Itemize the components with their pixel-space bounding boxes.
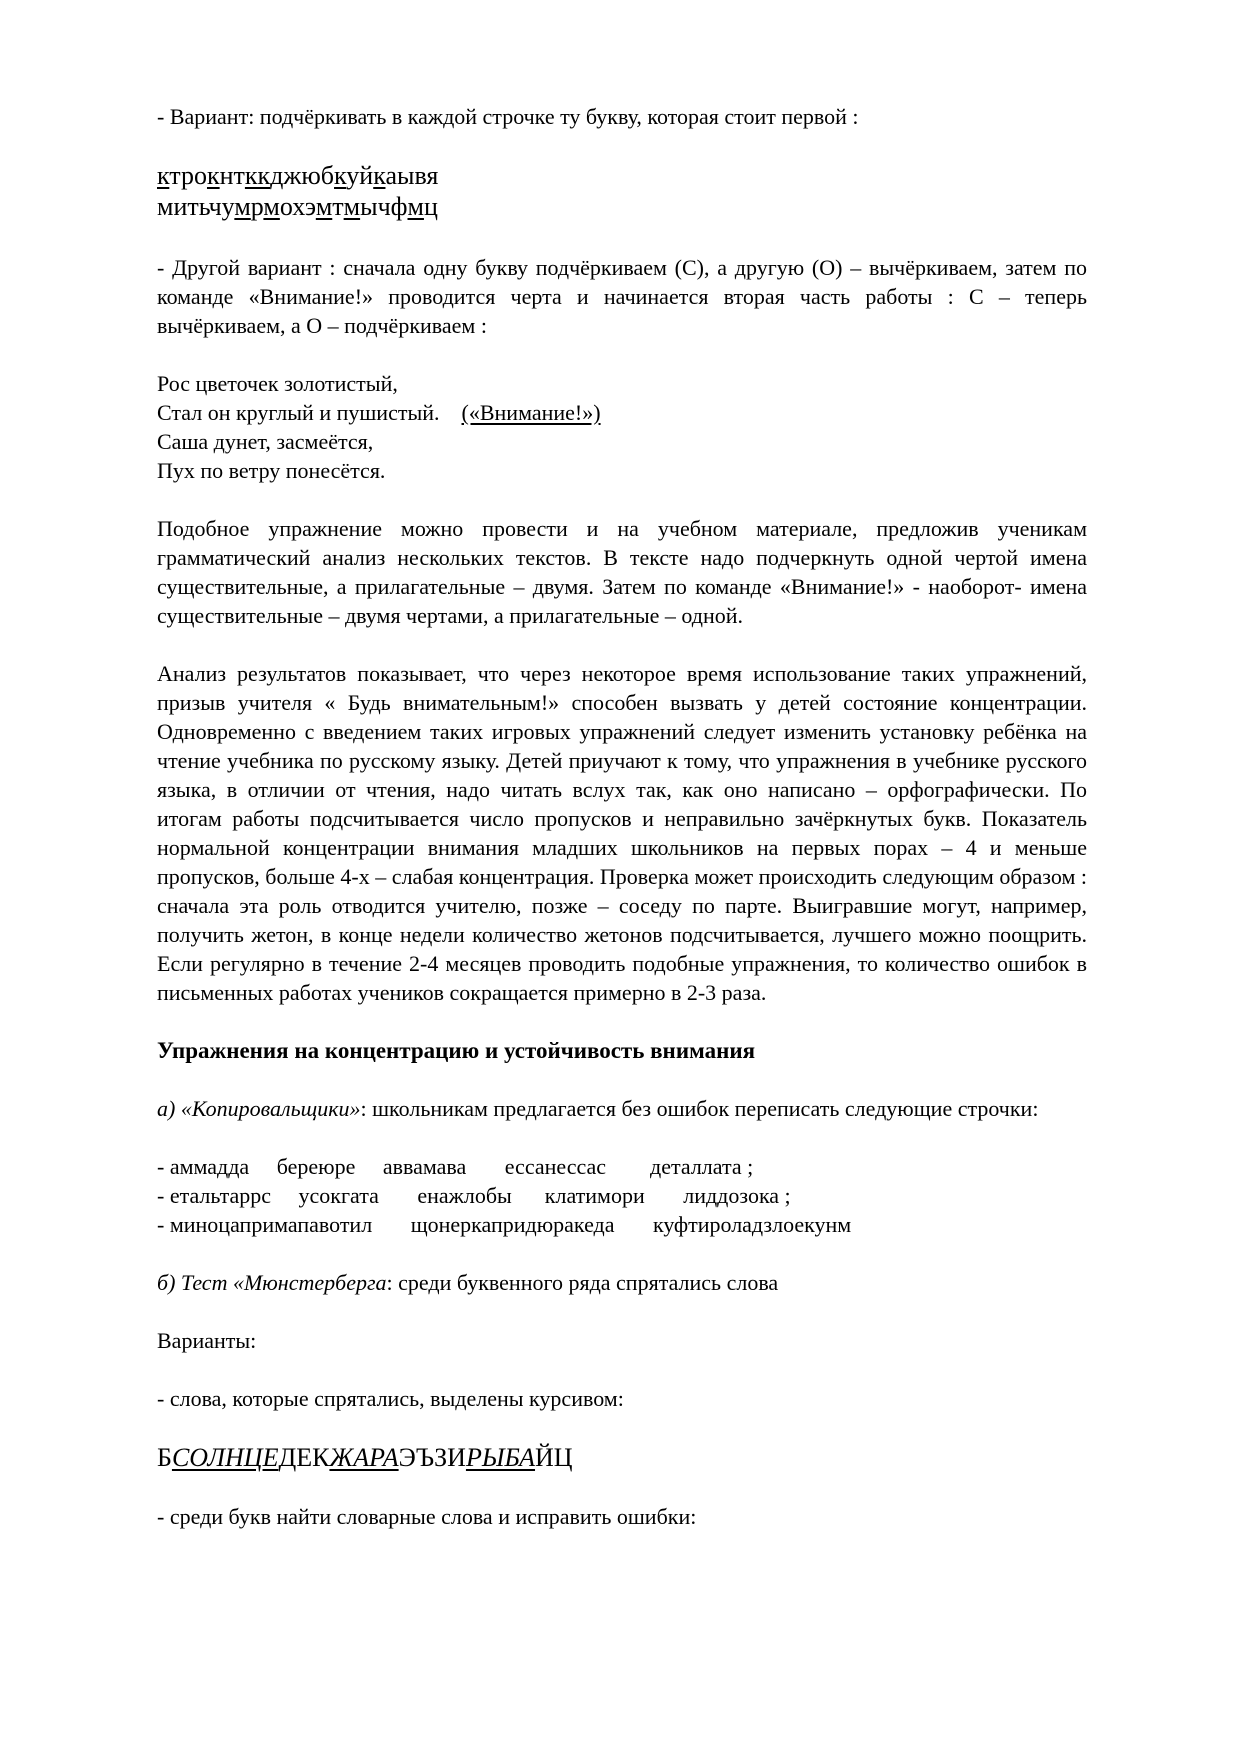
letter-row-k: ктрокнтккджюбкуйкаывя (157, 160, 1087, 191)
text-segment: т (332, 192, 343, 221)
similar-exercise-paragraph: Подобное упражнение можно провести и на … (157, 514, 1087, 630)
copyists-paragraph: а) «Копировальщики»: школьникам предлага… (157, 1094, 1087, 1123)
text-segment: м (316, 192, 332, 221)
hidden-words-string: БСОЛНЦЕДЕКЖАРАЭЪЗИРЫБАЙЦ (157, 1442, 1087, 1473)
text-segment: м (234, 192, 250, 221)
poem: Рос цветочек золотистый, Стал он круглый… (157, 369, 1087, 485)
poem-line-2: Стал он круглый и пушистый. («Внимание!»… (157, 398, 1087, 427)
document-content: - Вариант: подчёркивать в каждой строчке… (0, 0, 1240, 1531)
text-segment: : среди буквенного ряда спрятались слова (387, 1270, 779, 1295)
text-segment: : школьникам предлагается без ошибок пер… (361, 1096, 1039, 1121)
text-segment: кк (245, 161, 270, 190)
text-segment: ф (391, 192, 408, 221)
text-segment: («Внимание!») (462, 400, 601, 425)
copy-row-2: - етальтаррс усокгата енажлобы клатимори… (157, 1181, 1087, 1210)
other-variant-paragraph: - Другой вариант : сначала одну букву по… (157, 253, 1087, 340)
text-segment: к (334, 161, 346, 190)
text-segment: к (157, 161, 169, 190)
poem-line-1: Рос цветочек золотистый, (157, 369, 1087, 398)
poem-line-4: Пух по ветру понесётся. (157, 456, 1087, 485)
text-segment: б) Тест «Мюнстерберга (157, 1270, 387, 1295)
variants-label: Варианты: (157, 1326, 1087, 1355)
text-segment: Стал он круглый и пушистый. (157, 400, 462, 425)
text-segment: охэ (280, 192, 316, 221)
text-segment: м (408, 192, 424, 221)
section-heading: Упражнения на концентрацию и устойчивост… (157, 1036, 1087, 1065)
text-segment: тро (169, 161, 207, 190)
text-segment: ЖАРА (329, 1443, 398, 1472)
analysis-paragraph: Анализ результатов показывает, что через… (157, 659, 1087, 1007)
text-segment: к (207, 161, 220, 190)
text-segment: м (344, 192, 360, 221)
text-segment: митьчу (157, 192, 234, 221)
text-segment: ЙЦ (535, 1443, 573, 1472)
copy-row-1: - аммадда береюре аввамава ессанессас де… (157, 1152, 1087, 1181)
copy-rows: - аммадда береюре аввамава ессанессас де… (157, 1152, 1087, 1239)
dictionary-words-note: - среди букв найти словарные слова и исп… (157, 1502, 1087, 1531)
text-segment: ц (424, 192, 438, 221)
text-segment: нт (220, 161, 245, 190)
text-segment: РЫБА (466, 1443, 535, 1472)
letter-row-m: митьчумрмохэмтмычфмц (157, 191, 1087, 222)
text-segment: р (251, 192, 264, 221)
text-segment: джюб (270, 161, 334, 190)
muensterberg-line: б) Тест «Мюнстерберга: среди буквенного … (157, 1268, 1087, 1297)
text-segment: к (373, 161, 385, 190)
text-segment: ЭЪЗИ (399, 1443, 466, 1472)
text-segment: ыч (360, 192, 391, 221)
copy-row-3: - миноцапримапавотил щонеркапридюракеда … (157, 1210, 1087, 1239)
text-segment: уй (346, 161, 373, 190)
italic-words-note: - слова, которые спрятались, выделены ку… (157, 1384, 1087, 1413)
text-segment: СОЛНЦЕ (172, 1443, 279, 1472)
variant-line: - Вариант: подчёркивать в каждой строчке… (157, 102, 1087, 131)
text-segment: аывя (385, 161, 438, 190)
document-page: - Вариант: подчёркивать в каждой строчке… (0, 0, 1240, 1754)
text-segment: м (263, 192, 279, 221)
text-segment: а) «Копировальщики» (157, 1096, 361, 1121)
poem-line-3: Саша дунет, засмеётся, (157, 427, 1087, 456)
text-segment: ДЕК (278, 1443, 329, 1472)
text-segment: Б (157, 1443, 172, 1472)
